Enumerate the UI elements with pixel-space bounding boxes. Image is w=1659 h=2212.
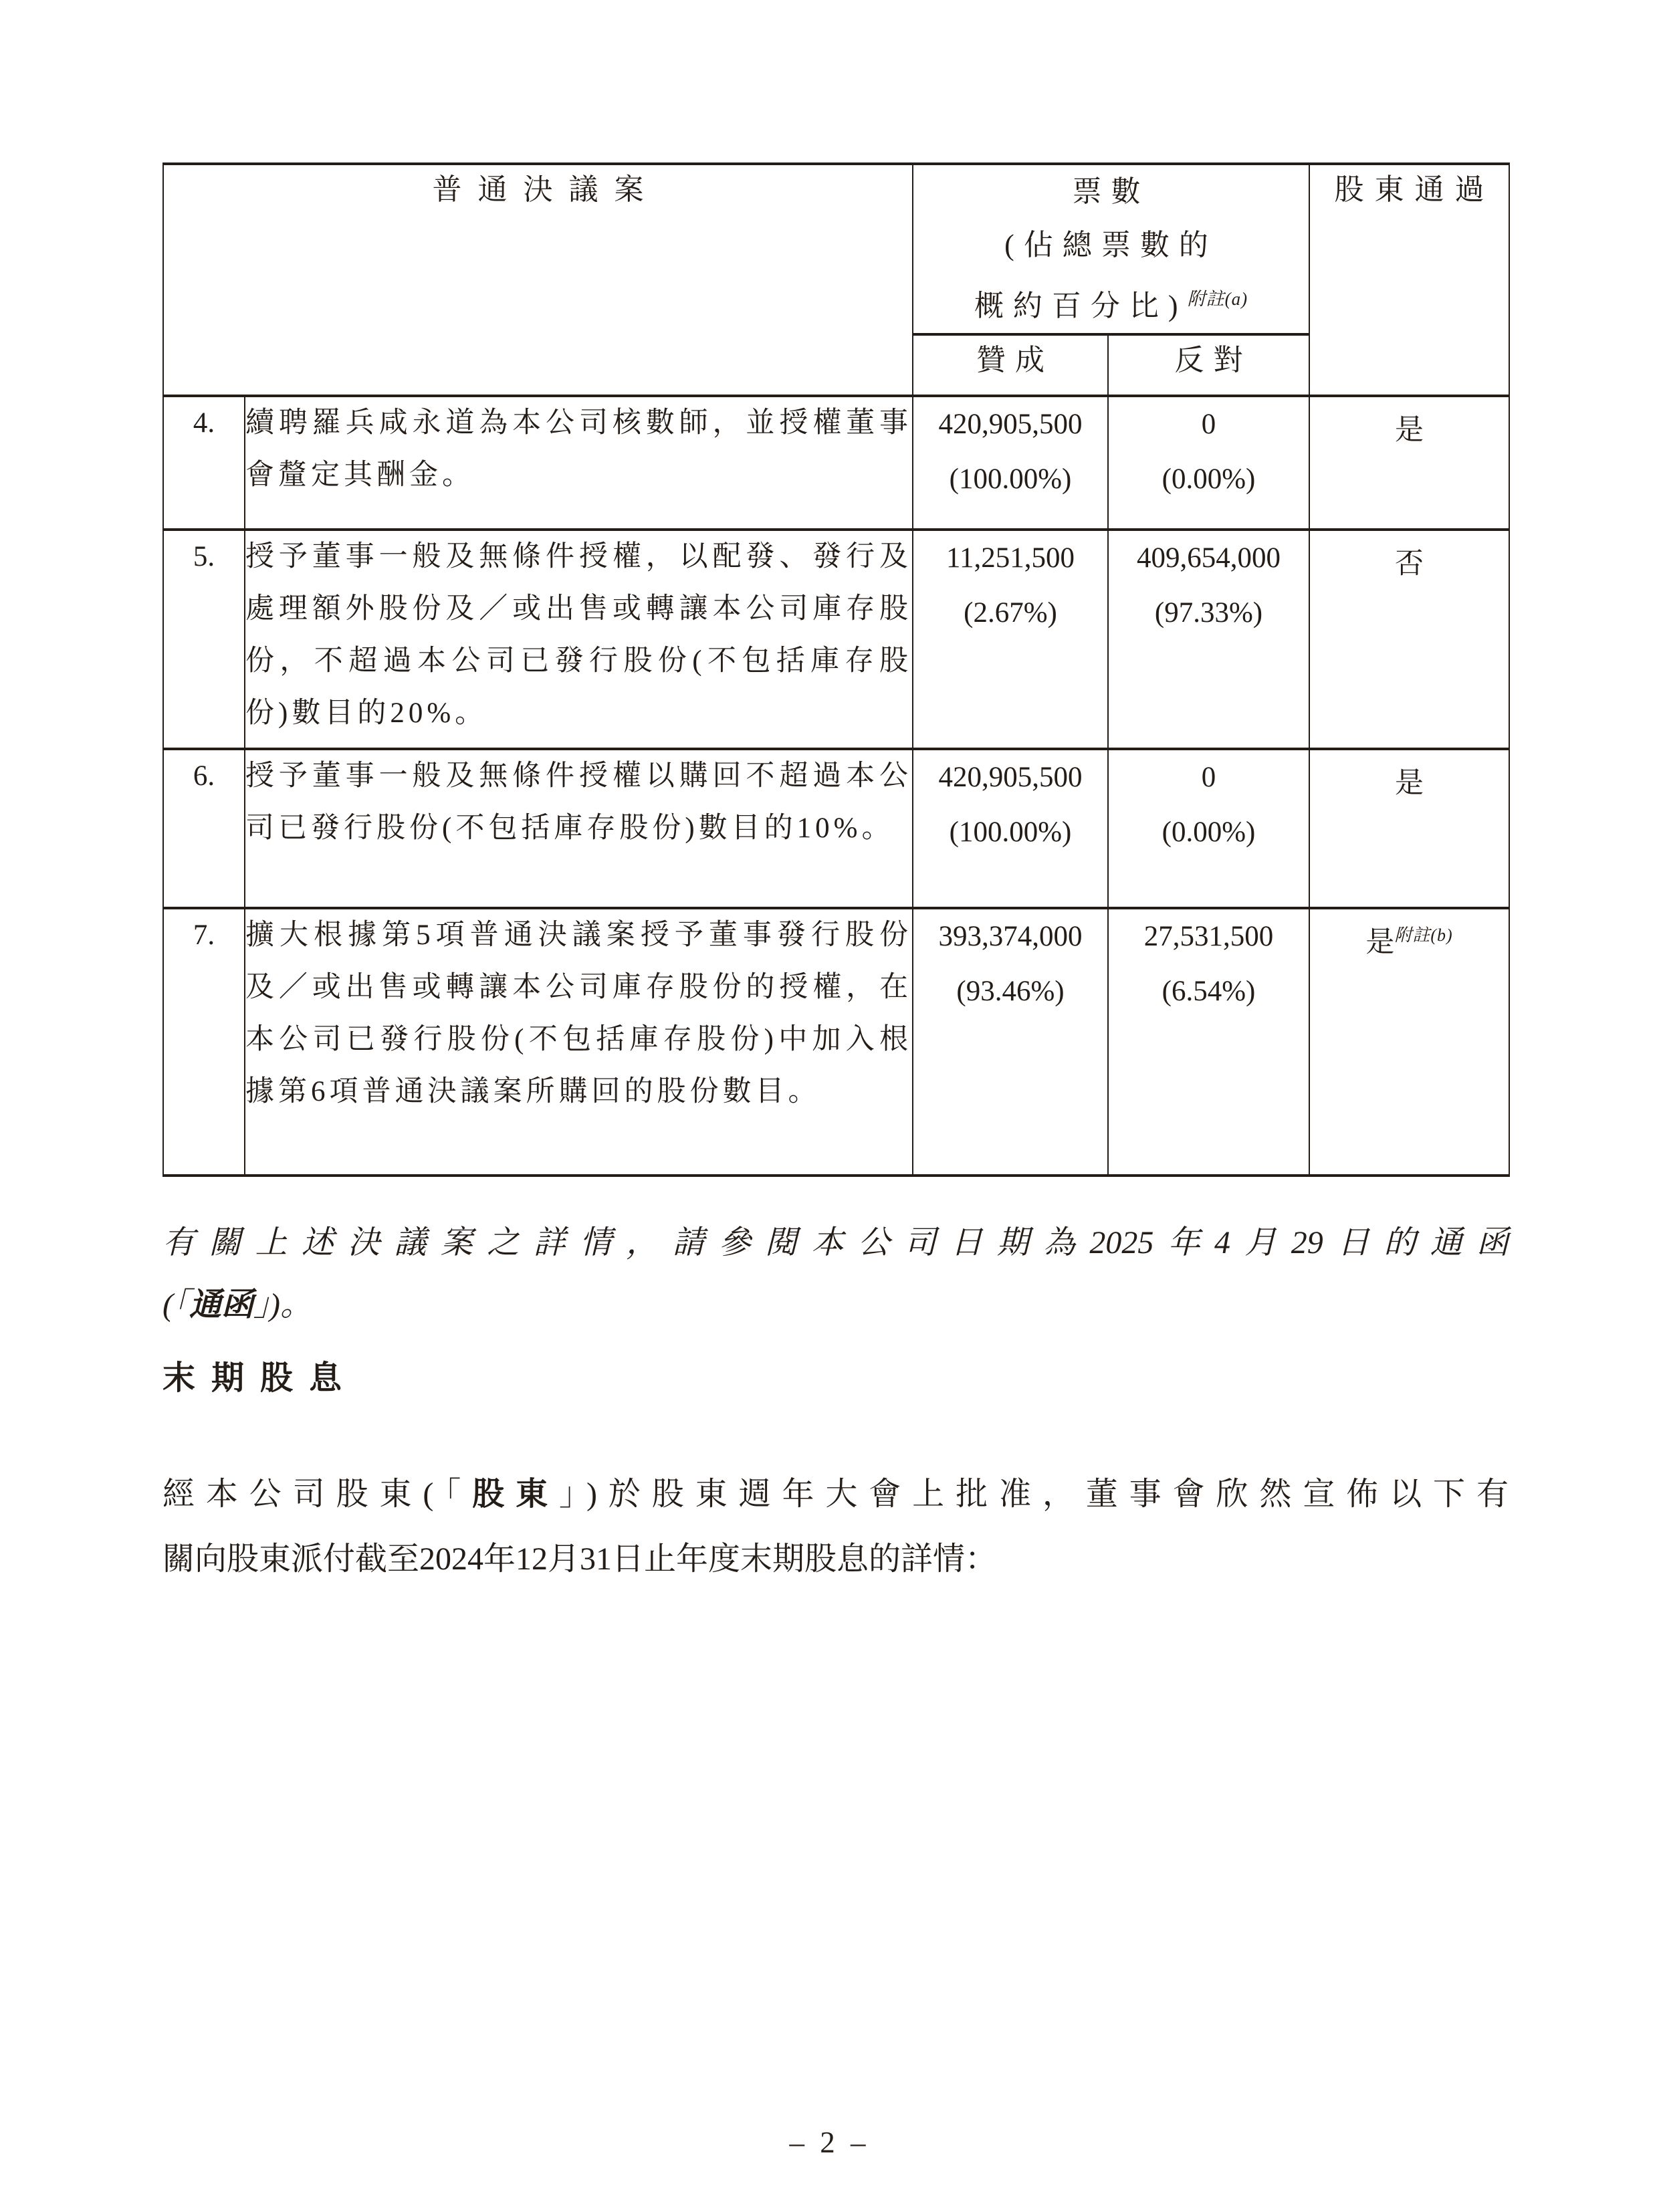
votes-against-cell: 27,531,500 (6.54%) bbox=[1108, 908, 1309, 1176]
final-dividend-line1: 經本公司股東(「股東」)於股東週年大會上批准，董事會欣然宣佈以下有 bbox=[162, 1462, 1509, 1527]
circular-paragraph-line2: (「通函」)。 bbox=[162, 1274, 1509, 1336]
votes-for-count: 420,905,500 bbox=[913, 397, 1107, 452]
votes-against-cell: 0 (0.00%) bbox=[1108, 749, 1309, 908]
final-dividend-line2: 關向股東派付截至2024年12月31日止年度末期股息的詳情： bbox=[162, 1527, 1509, 1591]
votes-for-percentage: (100.00%) bbox=[913, 805, 1107, 860]
votes-for-cell: 11,251,500 (2.67%) bbox=[913, 530, 1108, 749]
votes-for-cell: 393,374,000 (93.46%) bbox=[913, 908, 1108, 1176]
votes-for-percentage: (2.67%) bbox=[913, 586, 1107, 641]
votes-against-cell: 409,654,000 (97.33%) bbox=[1108, 530, 1309, 749]
header-passed-label: 股東通過 bbox=[1335, 173, 1495, 206]
header-for-cell: 贊成 bbox=[913, 334, 1108, 396]
votes-for-count: 393,374,000 bbox=[913, 909, 1107, 964]
votes-for-count: 11,251,500 bbox=[913, 531, 1107, 586]
circular-paragraph-line1: 有關上述決議案之詳情，請參閱本公司日期為2025年4月29日的通函 bbox=[162, 1212, 1509, 1274]
resolution-number-cell: 6. bbox=[163, 749, 245, 908]
passed-cell: 是 bbox=[1309, 749, 1509, 908]
votes-against-count: 27,531,500 bbox=[1109, 909, 1309, 964]
votes-for-count: 420,905,500 bbox=[913, 750, 1107, 805]
passed-cell: 是 bbox=[1309, 396, 1509, 530]
votes-against-count: 409,654,000 bbox=[1109, 531, 1309, 586]
votes-against-percentage: (0.00%) bbox=[1109, 805, 1309, 860]
header-votes-line3: 概約百分比)附註(a) bbox=[913, 272, 1309, 333]
header-passed-cell: 股東通過 bbox=[1309, 164, 1509, 396]
circular-defined-term: 通函 bbox=[189, 1287, 253, 1323]
circular-paragraph: 有關上述決議案之詳情，請參閱本公司日期為2025年4月29日的通函 (「通函」)… bbox=[162, 1212, 1509, 1336]
votes-against-cell: 0 (0.00%) bbox=[1108, 396, 1309, 530]
table-row-resolution-7: 7. 擴大根據第5項普通決議案授予董事發行股份及／或出售或轉讓本公司庫存股份的授… bbox=[163, 908, 1509, 1176]
votes-for-percentage: (100.00%) bbox=[913, 452, 1107, 507]
document-page: 普通決議案 票數 (佔總票數的 概約百分比)附註(a) 股東通過 贊成 反對 4… bbox=[0, 0, 1659, 2212]
shareholders-defined-term: 股東 bbox=[472, 1476, 559, 1512]
page-number: – 2 – bbox=[0, 2125, 1659, 2160]
votes-against-percentage: (6.54%) bbox=[1109, 964, 1309, 1019]
table-row-resolution-4: 4. 續聘羅兵咸永道為本公司核數師，並授權董事會釐定其酬金。 420,905,5… bbox=[163, 396, 1509, 530]
resolution-number-cell: 5. bbox=[163, 530, 245, 749]
votes-against-count: 0 bbox=[1109, 750, 1309, 805]
resolution-text-cell: 授予董事一般及無條件授權以購回不超過本公司已發行股份(不包括庫存股份)數目的10… bbox=[245, 749, 913, 908]
final-dividend-heading: 末期股息 bbox=[162, 1352, 358, 1399]
header-resolutions-label: 普通決議案 bbox=[433, 173, 660, 206]
votes-against-percentage: (0.00%) bbox=[1109, 452, 1309, 507]
resolution-text-cell: 授予董事一般及無條件授權，以配發、發行及處理額外股份及／或出售或轉讓本公司庫存股… bbox=[245, 530, 913, 749]
votes-for-cell: 420,905,500 (100.00%) bbox=[913, 749, 1108, 908]
passed-cell: 否 bbox=[1309, 530, 1509, 749]
votes-against-count: 0 bbox=[1109, 397, 1309, 452]
votes-for-percentage: (93.46%) bbox=[913, 964, 1107, 1019]
final-dividend-paragraph: 經本公司股東(「股東」)於股東週年大會上批准，董事會欣然宣佈以下有 關向股東派付… bbox=[162, 1462, 1509, 1591]
table-header-row-1: 普通決議案 票數 (佔總票數的 概約百分比)附註(a) 股東通過 bbox=[163, 164, 1509, 334]
poll-results-table: 普通決議案 票數 (佔總票數的 概約百分比)附註(a) 股東通過 贊成 反對 4… bbox=[162, 162, 1510, 1177]
header-against-cell: 反對 bbox=[1108, 334, 1309, 396]
votes-against-percentage: (97.33%) bbox=[1109, 586, 1309, 641]
resolution-text-cell: 續聘羅兵咸永道為本公司核數師，並授權董事會釐定其酬金。 bbox=[245, 396, 913, 530]
resolution-text-cell: 擴大根據第5項普通決議案授予董事發行股份及／或出售或轉讓本公司庫存股份的授權，在… bbox=[245, 908, 913, 1176]
votes-for-cell: 420,905,500 (100.00%) bbox=[913, 396, 1108, 530]
header-votes-footnote: 附註(a) bbox=[1188, 289, 1248, 309]
header-votes-line2: (佔總票數的 bbox=[913, 219, 1309, 272]
table-row-resolution-6: 6. 授予董事一般及無條件授權以購回不超過本公司已發行股份(不包括庫存股份)數目… bbox=[163, 749, 1509, 908]
table-row-resolution-5: 5. 授予董事一般及無條件授權，以配發、發行及處理額外股份及／或出售或轉讓本公司… bbox=[163, 530, 1509, 749]
header-votes-line1: 票數 bbox=[913, 165, 1309, 219]
header-resolutions-cell: 普通決議案 bbox=[163, 164, 913, 396]
passed-cell: 是附註(b) bbox=[1309, 908, 1509, 1176]
passed-footnote: 附註(b) bbox=[1394, 925, 1452, 945]
resolution-number-cell: 7. bbox=[163, 908, 245, 1176]
header-votes-cell: 票數 (佔總票數的 概約百分比)附註(a) bbox=[913, 164, 1309, 334]
resolution-number-cell: 4. bbox=[163, 396, 245, 530]
